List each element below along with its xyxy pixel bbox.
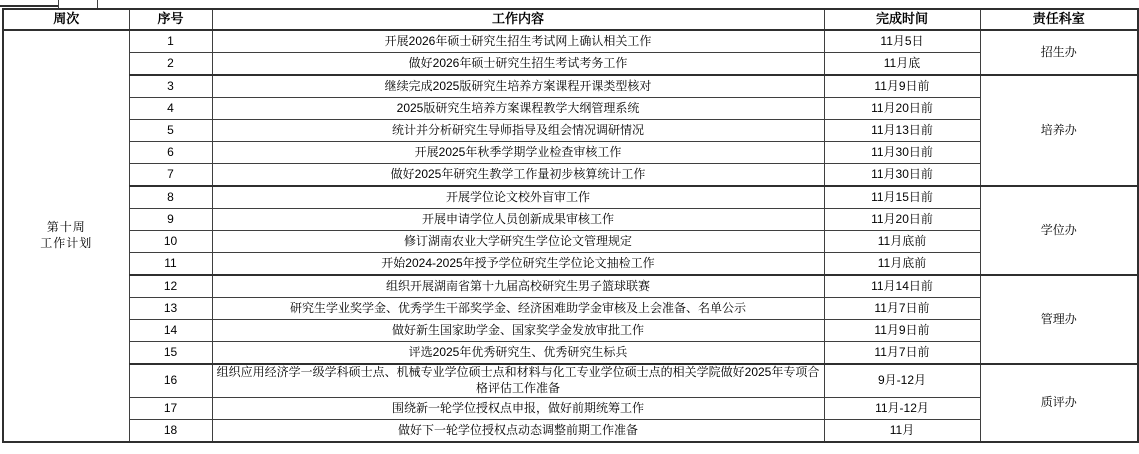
work-content-cell: 开展申请学位人员创新成果审核工作 (212, 209, 824, 231)
work-content-cell: 做好新生国家助学金、国家奖学金发放审批工作 (212, 320, 824, 342)
edge-artifact-tick (58, 0, 59, 8)
work-content-cell: 统计并分析研究生导师指导及组会情况调研情况 (212, 120, 824, 142)
row-number-cell: 11 (129, 253, 212, 276)
table-row: 13研究生学业奖学金、优秀学生干部奖学金、经济困难助学金审核及上会准备、名单公示… (3, 298, 1138, 320)
deadline-cell: 11月13日前 (824, 120, 980, 142)
row-number-cell: 3 (129, 75, 212, 98)
work-content-cell: 做好2026年硕士研究生招生考试考务工作 (212, 53, 824, 76)
table-row: 10修订湖南农业大学研究生学位论文管理规定11月底前 (3, 231, 1138, 253)
deadline-cell: 11月9日前 (824, 75, 980, 98)
department-cell: 管理办 (980, 275, 1138, 364)
work-content-cell: 修订湖南农业大学研究生学位论文管理规定 (212, 231, 824, 253)
deadline-cell: 11月20日前 (824, 98, 980, 120)
work-content-cell: 做好下一轮学位授权点动态调整前期工作准备 (212, 420, 824, 443)
deadline-cell: 11月14日前 (824, 275, 980, 298)
row-number-cell: 15 (129, 342, 212, 365)
row-number-cell: 17 (129, 398, 212, 420)
deadline-cell: 11月-12月 (824, 398, 980, 420)
row-number-cell: 4 (129, 98, 212, 120)
deadline-cell: 11月30日前 (824, 164, 980, 187)
table-row: 3继续完成2025版研究生培养方案课程开课类型核对11月9日前培养办 (3, 75, 1138, 98)
table-row: 12组织开展湖南省第十九届高校研究生男子篮球联赛11月14日前管理办 (3, 275, 1138, 298)
deadline-cell: 11月15日前 (824, 186, 980, 209)
work-content-cell: 组织应用经济学一级学科硕士点、机械专业学位硕士点和材料与化工专业学位硕士点的相关… (212, 364, 824, 398)
deadline-cell: 11月底前 (824, 231, 980, 253)
table-row: 第十周工作计划1开展2026年硕士研究生招生考试网上确认相关工作11月5日招生办 (3, 30, 1138, 53)
table-row: 2做好2026年硕士研究生招生考试考务工作11月底 (3, 53, 1138, 76)
row-number-cell: 10 (129, 231, 212, 253)
column-header-department: 责任科室 (980, 9, 1138, 30)
table-row: 5统计并分析研究生导师指导及组会情况调研情况11月13日前 (3, 120, 1138, 142)
work-content-cell: 开始2024-2025年授予学位研究生学位论文抽检工作 (212, 253, 824, 276)
work-content-cell: 开展2025年秋季学期学业检查审核工作 (212, 142, 824, 164)
table-row: 18做好下一轮学位授权点动态调整前期工作准备11月 (3, 420, 1138, 443)
row-number-cell: 2 (129, 53, 212, 76)
work-content-cell: 做好2025年研究生教学工作量初步核算统计工作 (212, 164, 824, 187)
table-row: 14做好新生国家助学金、国家奖学金发放审批工作11月9日前 (3, 320, 1138, 342)
spreadsheet-page: 周次 序号 工作内容 完成时间 责任科室 第十周工作计划1开展2026年硕士研究… (0, 0, 1139, 454)
row-number-cell: 5 (129, 120, 212, 142)
table-row: 7做好2025年研究生教学工作量初步核算统计工作11月30日前 (3, 164, 1138, 187)
row-number-cell: 16 (129, 364, 212, 398)
column-header-number: 序号 (129, 9, 212, 30)
table-row: 8开展学位论文校外盲审工作11月15日前学位办 (3, 186, 1138, 209)
table-row: 9开展申请学位人员创新成果审核工作11月20日前 (3, 209, 1138, 231)
department-cell: 质评办 (980, 364, 1138, 442)
table-row: 6开展2025年秋季学期学业检查审核工作11月30日前 (3, 142, 1138, 164)
header-row: 周次 序号 工作内容 完成时间 责任科室 (3, 9, 1138, 30)
edge-artifact-tick (97, 0, 98, 8)
work-plan-table: 周次 序号 工作内容 完成时间 责任科室 第十周工作计划1开展2026年硕士研究… (2, 8, 1139, 443)
work-content-cell: 研究生学业奖学金、优秀学生干部奖学金、经济困难助学金审核及上会准备、名单公示 (212, 298, 824, 320)
deadline-cell: 11月30日前 (824, 142, 980, 164)
row-number-cell: 9 (129, 209, 212, 231)
deadline-cell: 11月底 (824, 53, 980, 76)
deadline-cell: 11月5日 (824, 30, 980, 53)
deadline-cell: 11月7日前 (824, 342, 980, 365)
row-number-cell: 7 (129, 164, 212, 187)
department-cell: 学位办 (980, 186, 1138, 275)
table-row: 17围绕新一轮学位授权点申报，做好前期统筹工作11月-12月 (3, 398, 1138, 420)
row-number-cell: 1 (129, 30, 212, 53)
table-row: 16组织应用经济学一级学科硕士点、机械专业学位硕士点和材料与化工专业学位硕士点的… (3, 364, 1138, 398)
work-content-cell: 2025版研究生培养方案课程教学大纲管理系统 (212, 98, 824, 120)
work-content-cell: 开展学位论文校外盲审工作 (212, 186, 824, 209)
table-row: 11开始2024-2025年授予学位研究生学位论文抽检工作11月底前 (3, 253, 1138, 276)
work-content-cell: 继续完成2025版研究生培养方案课程开课类型核对 (212, 75, 824, 98)
deadline-cell: 11月底前 (824, 253, 980, 276)
table-row: 15评选2025年优秀研究生、优秀研究生标兵11月7日前 (3, 342, 1138, 365)
edge-artifact-line (0, 5, 58, 7)
work-content-cell: 评选2025年优秀研究生、优秀研究生标兵 (212, 342, 824, 365)
row-number-cell: 8 (129, 186, 212, 209)
table-body: 第十周工作计划1开展2026年硕士研究生招生考试网上确认相关工作11月5日招生办… (3, 30, 1138, 442)
row-number-cell: 18 (129, 420, 212, 443)
deadline-cell: 11月20日前 (824, 209, 980, 231)
column-header-content: 工作内容 (212, 9, 824, 30)
row-number-cell: 6 (129, 142, 212, 164)
row-number-cell: 12 (129, 275, 212, 298)
deadline-cell: 11月 (824, 420, 980, 443)
week-title-line1: 第十周 (4, 220, 129, 236)
row-number-cell: 14 (129, 320, 212, 342)
work-content-cell: 围绕新一轮学位授权点申报，做好前期统筹工作 (212, 398, 824, 420)
week-cell: 第十周工作计划 (3, 30, 129, 442)
column-header-deadline: 完成时间 (824, 9, 980, 30)
deadline-cell: 11月9日前 (824, 320, 980, 342)
row-number-cell: 13 (129, 298, 212, 320)
column-header-week: 周次 (3, 9, 129, 30)
department-cell: 招生办 (980, 30, 1138, 75)
table-row: 42025版研究生培养方案课程教学大纲管理系统11月20日前 (3, 98, 1138, 120)
work-content-cell: 开展2026年硕士研究生招生考试网上确认相关工作 (212, 30, 824, 53)
deadline-cell: 9月-12月 (824, 364, 980, 398)
deadline-cell: 11月7日前 (824, 298, 980, 320)
department-cell: 培养办 (980, 75, 1138, 186)
week-title-line2: 工作计划 (4, 236, 129, 252)
work-content-cell: 组织开展湖南省第十九届高校研究生男子篮球联赛 (212, 275, 824, 298)
